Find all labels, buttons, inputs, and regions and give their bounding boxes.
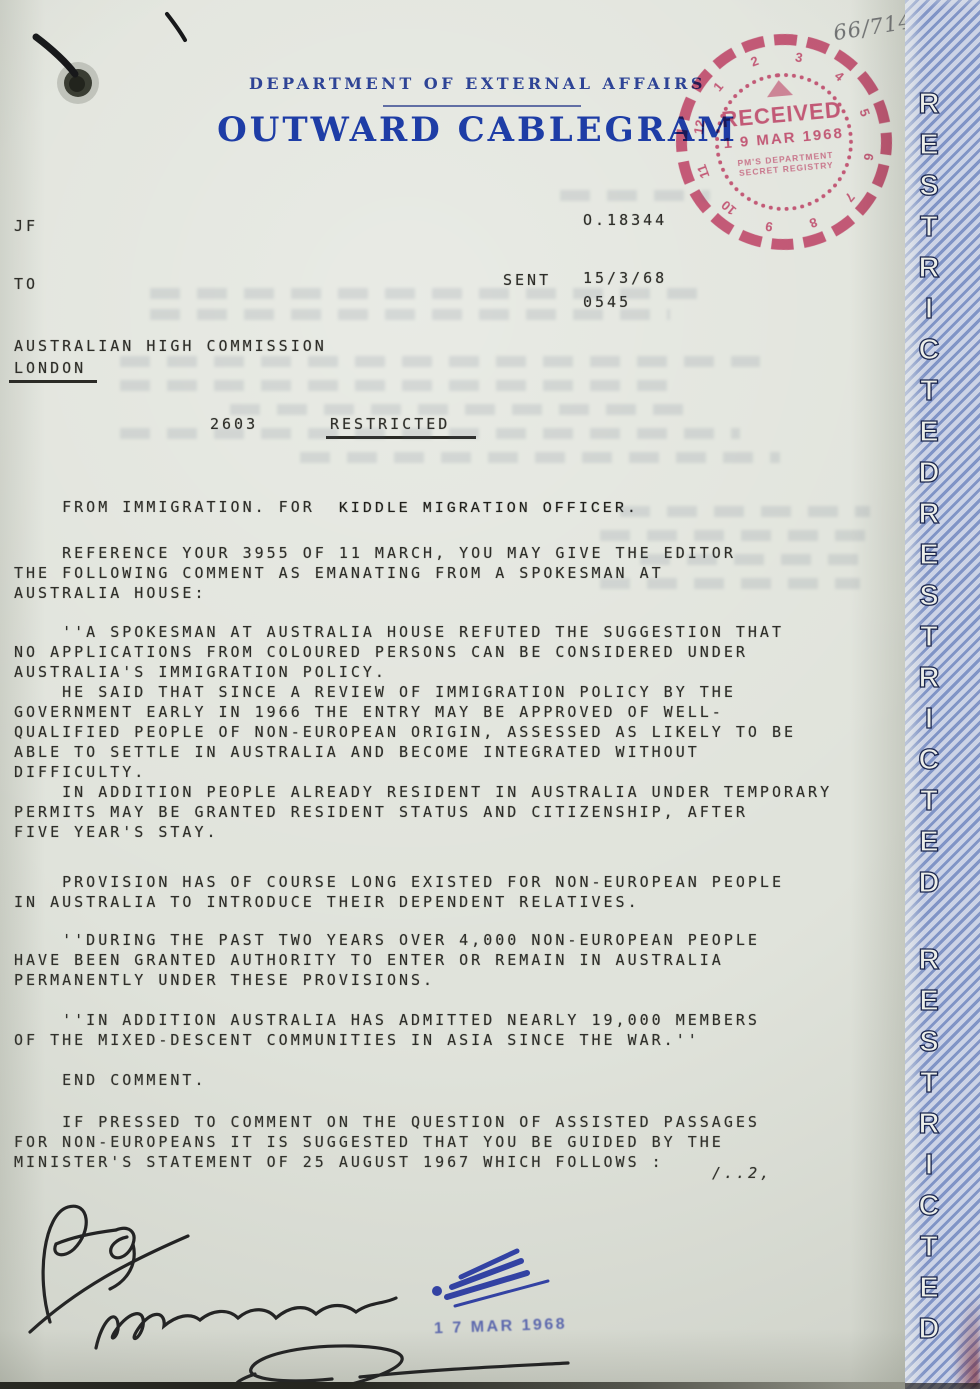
cablegram-paper: DEPARTMENT OF EXTERNAL AFFAIRS OUTWARD C… [0, 0, 905, 1389]
sent-date: 15/3/68 [583, 268, 667, 288]
paragraph-spokesman: ''A SPOKESMAN AT AUSTRALIA HOUSE REFUTED… [14, 622, 832, 842]
bleed-through-mark [640, 554, 870, 565]
operator-initials: JF [14, 216, 38, 236]
blue-ink-dot [432, 1286, 442, 1296]
received-stamp: 1 2 3 4 5 6 7 8 9 10 11 12 RECEIVED 1 9 … [667, 25, 901, 259]
bleed-through-mark [620, 506, 870, 517]
paragraph-reference: REFERENCE YOUR 3955 OF 11 MARCH, YOU MAY… [14, 543, 736, 603]
signature-ink [0, 1180, 700, 1389]
page-continuation-marker: /..2, [712, 1163, 772, 1183]
addressee-underline [9, 380, 97, 383]
paragraph-in-addition: ''IN ADDITION AUSTRALIA HAS ADMITTED NEA… [14, 1010, 760, 1050]
cable-number: O.18344 [583, 210, 667, 230]
from-line-part2: KIDDLE MIGRATION OFFICER. [315, 500, 639, 517]
paragraph-provision: PROVISION HAS OF COURSE LONG EXISTED FOR… [14, 872, 784, 912]
sent-label: SENT [503, 270, 551, 290]
restricted-band-word: RESTRICTED [912, 944, 945, 1354]
paragraph-during: ''DURING THE PAST TWO YEARS OVER 4,000 N… [14, 930, 760, 990]
ink-smear [952, 1294, 980, 1389]
header-rule [383, 105, 581, 107]
scan-bottom-edge [0, 1382, 905, 1389]
band-bottom-edge [905, 1383, 980, 1389]
from-line-part1: FROM IMMIGRATION. FOR [14, 498, 315, 516]
bleed-through-mark [600, 530, 870, 541]
addressee-line2: LONDON [14, 358, 86, 378]
bleed-through-mark [560, 190, 710, 201]
signature-stroke [110, 1228, 134, 1289]
bleed-through-mark [600, 578, 860, 589]
addressee-line1: AUSTRALIAN HIGH COMMISSION [14, 336, 327, 356]
bleed-through-mark [150, 309, 670, 320]
restricted-band-word: RESTRICTED [912, 88, 945, 498]
bleed-through-mark [300, 452, 780, 463]
bleed-through-mark [150, 288, 710, 299]
pen-stroke [36, 37, 75, 74]
triangle-up-icon [766, 79, 793, 97]
bleed-through-mark [120, 428, 740, 439]
signature-stroke [96, 1298, 396, 1348]
scanned-cablegram: { "header": { "department": "DEPARTMENT … [0, 0, 980, 1389]
bleed-through-mark [120, 356, 760, 367]
punch-hole-and-pen-marks [0, 0, 300, 200]
bleed-through-mark [120, 380, 680, 391]
paragraph-if-pressed: IF PRESSED TO COMMENT ON THE QUESTION OF… [14, 1112, 760, 1172]
paragraph-end-comment: END COMMENT. [14, 1070, 207, 1090]
stamp-content: RECEIVED 1 9 MAR 1968 PM'S DEPARTMENT SE… [667, 25, 901, 259]
security-band: RESTRICTED RESTRICTED RESTRICTED [905, 0, 980, 1389]
restricted-band-word: RESTRICTED [912, 498, 945, 908]
pen-stroke [167, 14, 185, 40]
to-label: TO [14, 274, 38, 294]
signature-stroke [43, 1206, 116, 1322]
bleed-through-mark [230, 404, 700, 415]
punch-hole-center [69, 76, 85, 92]
from-line: FROM IMMIGRATION. FOR KIDDLE MIGRATION O… [14, 497, 639, 519]
